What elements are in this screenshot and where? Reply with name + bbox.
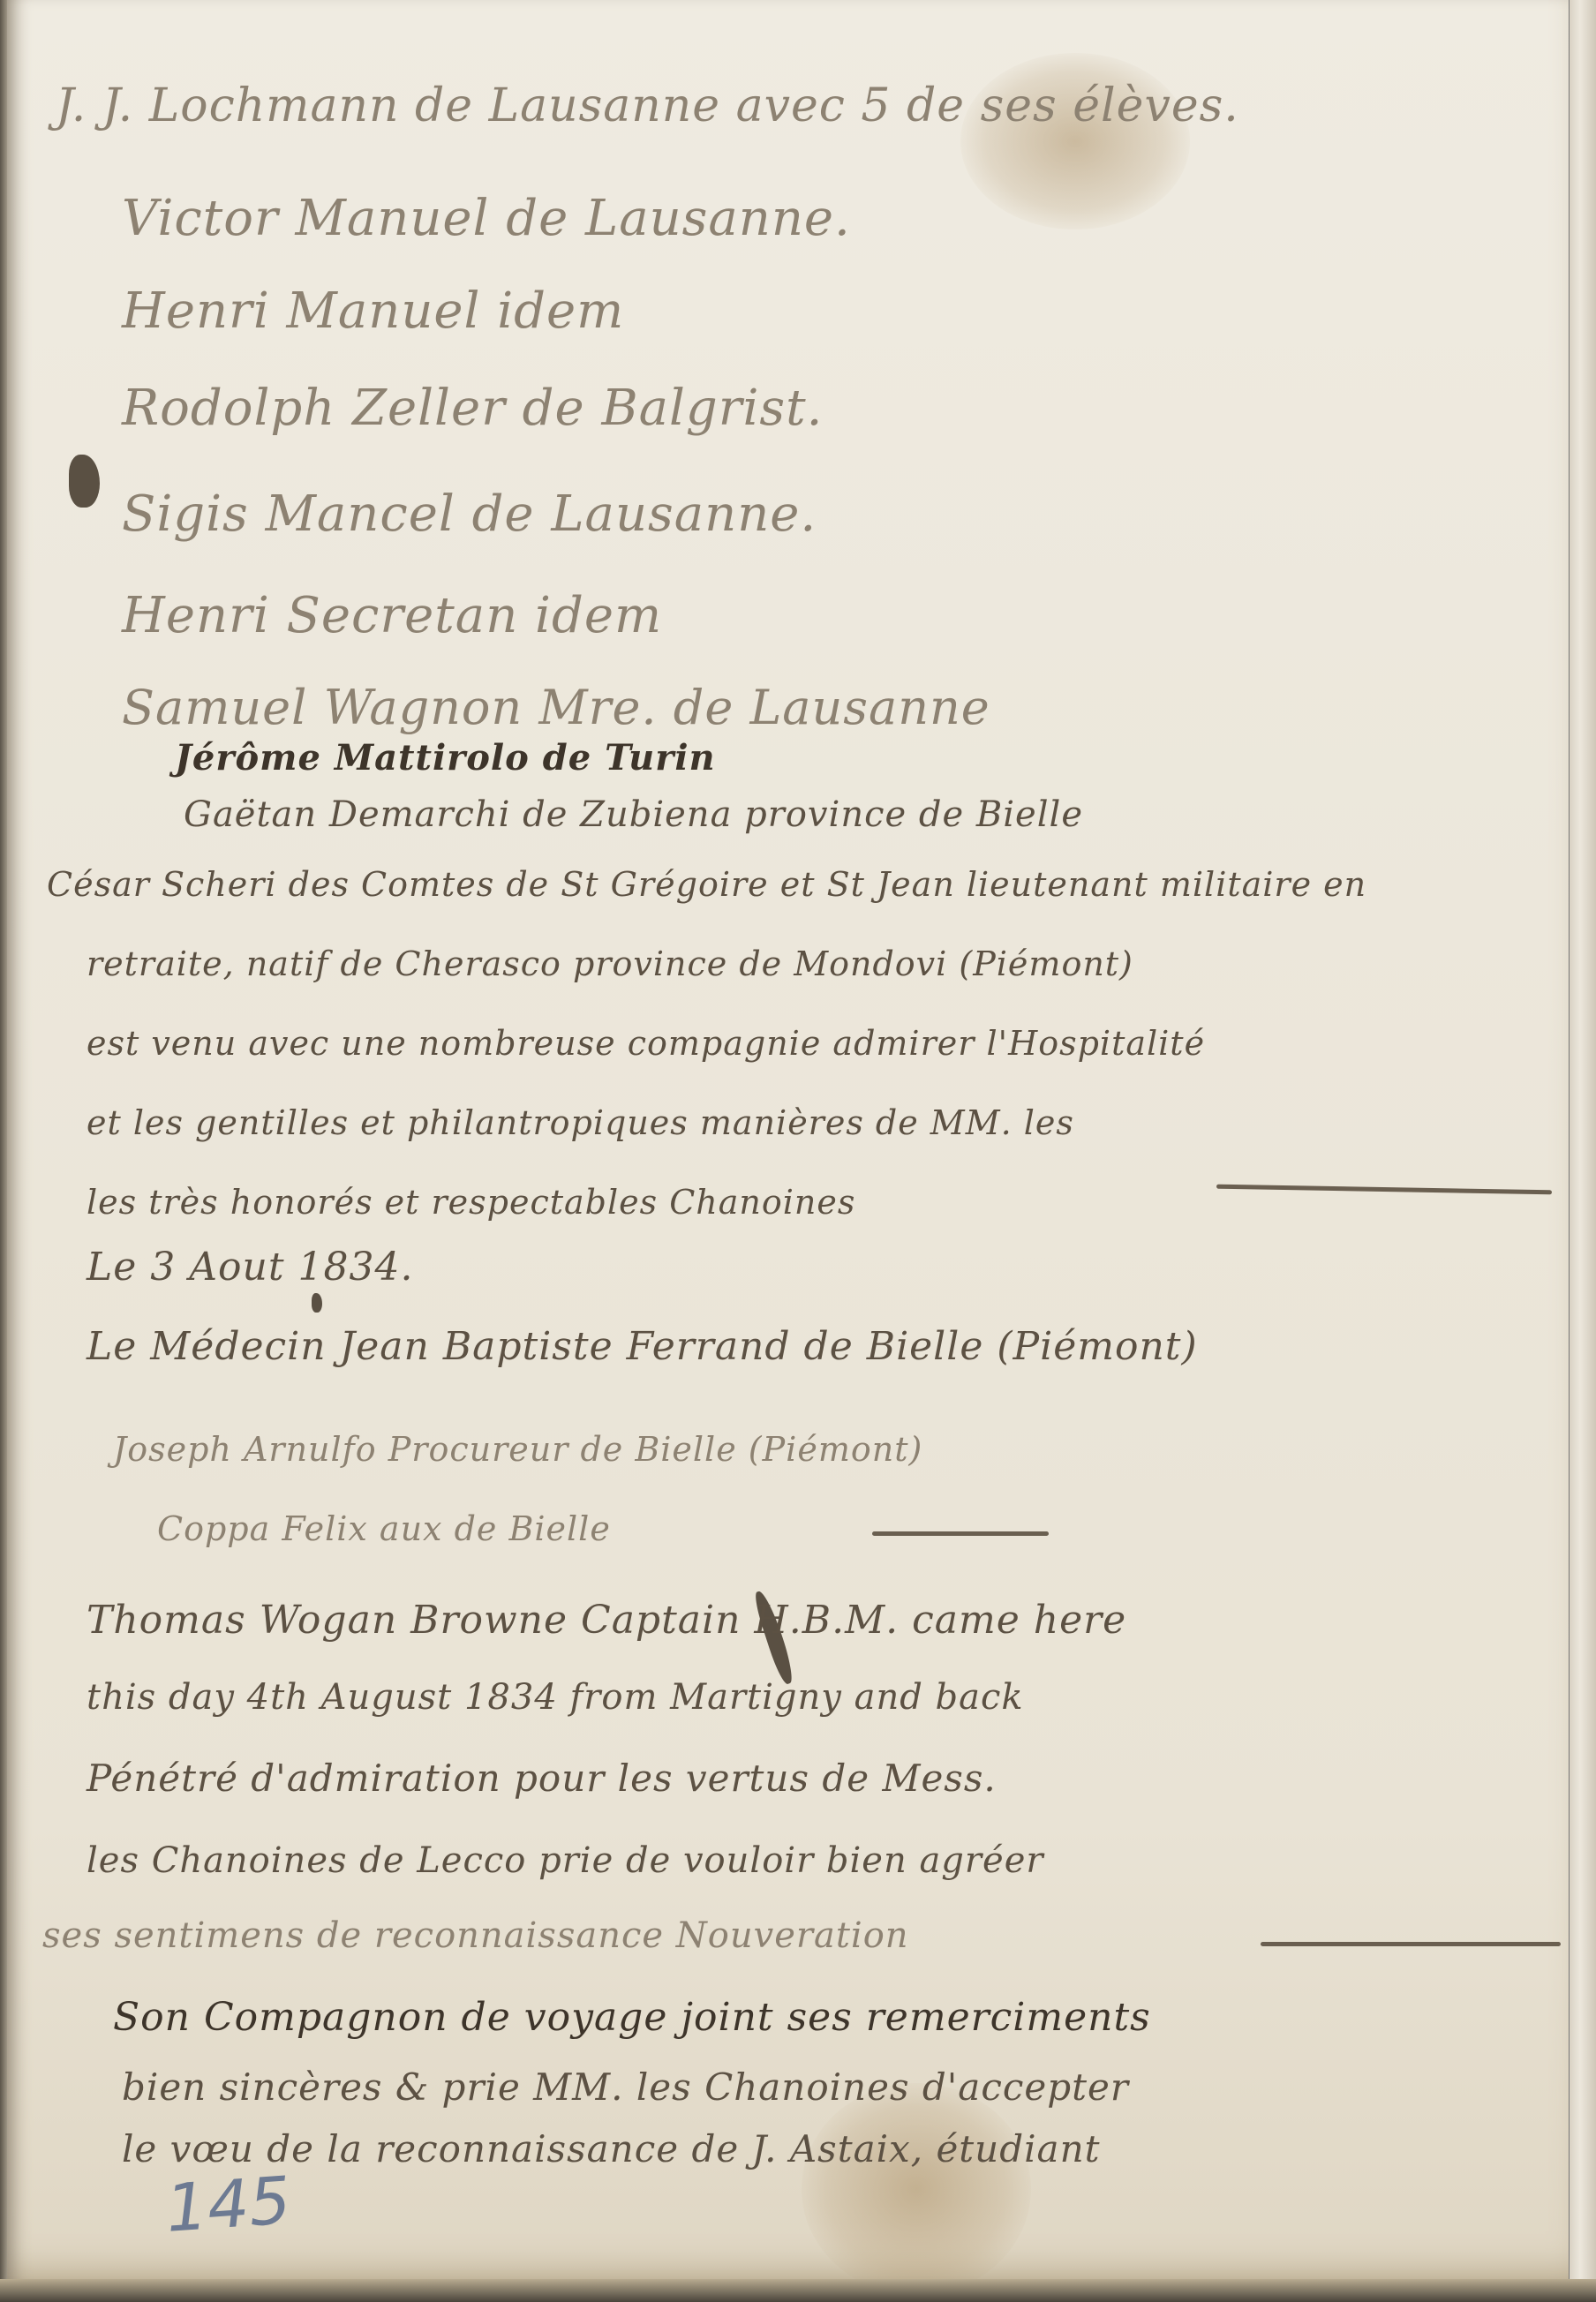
entry-line: Joseph Arnulfo Procureur de Bielle (Piém…	[113, 1430, 922, 1469]
entry-date: Le 3 Aout 1834.	[87, 1245, 413, 1290]
entry-line: this day 4th August 1834 from Martigny a…	[87, 1677, 1024, 1718]
entry-line: Gaëtan Demarchi de Zubiena province de B…	[184, 794, 1083, 835]
page-number: 145	[163, 2163, 293, 2247]
water-stain	[802, 2083, 1031, 2295]
ink-blot	[69, 455, 100, 508]
line-flourish	[1216, 1185, 1552, 1195]
manuscript-page: J. J. Lochmann de Lausanne avec 5 de ses…	[7, 0, 1572, 2282]
entry-line: Henri Secretan idem	[122, 587, 662, 644]
entry-line: Pénétré d'admiration pour les vertus de …	[87, 1757, 997, 1800]
entry-line: ses sentimens de reconnaissance Nouverat…	[42, 1915, 909, 1956]
entry-line: Thomas Wogan Browne Captain H.B.M. came …	[87, 1598, 1126, 1643]
entry-line: Victor Manuel de Lausanne.	[122, 190, 851, 247]
manuscript-scan: J. J. Lochmann de Lausanne avec 5 de ses…	[0, 0, 1596, 2302]
page-bottom-edge	[0, 2279, 1596, 2302]
entry-line: Henri Manuel idem	[122, 282, 624, 340]
entry-line: les Chanoines de Lecco prie de vouloir b…	[87, 1840, 1044, 1881]
line-flourish	[872, 1531, 1049, 1536]
entry-line: Jérôme Mattirolo de Turin	[175, 737, 716, 779]
entry-line: Samuel Wagnon Mre. de Lausanne	[122, 680, 990, 735]
entry-line: Rodolph Zeller de Balgrist.	[122, 380, 823, 437]
entry-line: est venu avec une nombreuse compagnie ad…	[87, 1024, 1205, 1063]
entry-line: Coppa Felix aux de Bielle	[157, 1509, 611, 1548]
ink-blot	[312, 1293, 322, 1313]
next-page-edge	[1569, 0, 1596, 2302]
line-flourish	[1261, 1942, 1561, 1946]
entry-line: bien sincères & prie MM. les Chanoines d…	[122, 2065, 1129, 2109]
entry-line: César Scheri des Comtes de St Grégoire e…	[47, 865, 1366, 904]
entry-line: et les gentilles et philantropiques mani…	[87, 1103, 1074, 1142]
entry-line: Sigis Mancel de Lausanne.	[122, 485, 817, 543]
entry-line: les très honorés et respectables Chanoin…	[87, 1183, 855, 1222]
entry-line: Son Compagnon de voyage joint ses remerc…	[113, 1995, 1151, 2040]
entry-line: Le Médecin Jean Baptiste Ferrand de Biel…	[87, 1324, 1198, 1369]
entry-line: J. J. Lochmann de Lausanne avec 5 de ses…	[56, 79, 1239, 132]
entry-line: retraite, natif de Cherasco province de …	[87, 944, 1133, 983]
